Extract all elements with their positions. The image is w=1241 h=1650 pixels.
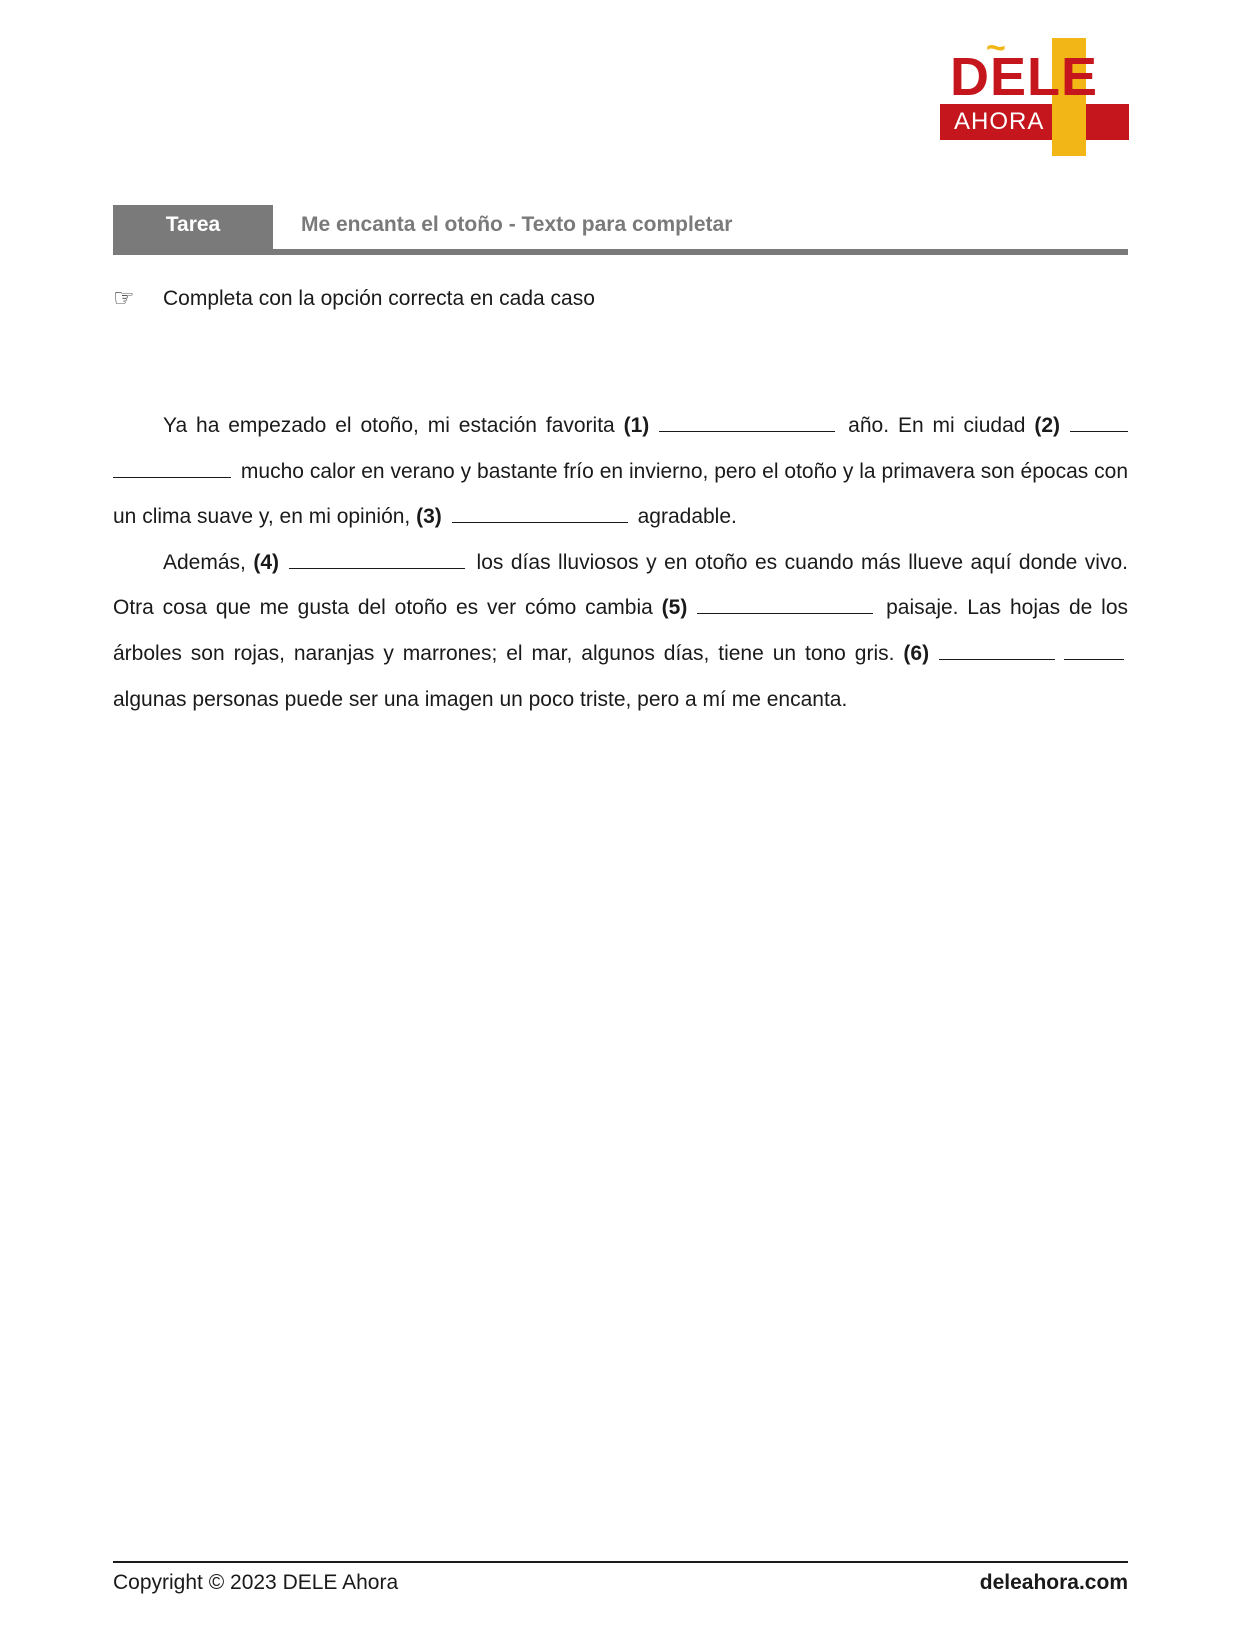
- text-span: algunas personas puede ser una imagen un…: [113, 688, 847, 711]
- copyright-text: Copyright © 2023 DELE Ahora: [113, 1568, 398, 1598]
- text-span: agradable.: [632, 505, 737, 528]
- blank-6-continued[interactable]: [1064, 641, 1124, 660]
- blank-5[interactable]: [697, 595, 873, 614]
- blank-6[interactable]: [939, 641, 1055, 660]
- blank-2[interactable]: [1070, 413, 1128, 432]
- paragraph-1: Ya ha empezado el otoño, mi estación fav…: [113, 403, 1128, 540]
- paragraph-2: Además, (4) los días lluviosos y en otoñ…: [113, 540, 1128, 722]
- blank-3[interactable]: [452, 504, 628, 523]
- text-span: año. En mi ciudad: [839, 414, 1034, 437]
- blank-1[interactable]: [659, 413, 835, 432]
- fill-in-passage: Ya ha empezado el otoño, mi estación fav…: [113, 403, 1128, 722]
- blank-4[interactable]: [289, 550, 465, 569]
- website-link[interactable]: deleahora.com: [980, 1568, 1128, 1598]
- logo-text-dele: DELE: [950, 50, 1098, 104]
- task-header: Tarea Me encanta el otoño - Texto para c…: [113, 205, 1128, 255]
- text-span: Ya ha empezado el otoño, mi estación fav…: [163, 414, 624, 437]
- text-span: Además,: [163, 551, 253, 574]
- task-label: Tarea: [113, 205, 273, 255]
- footer-divider: [113, 1561, 1128, 1563]
- instruction-text: Completa con la opción correcta en cada …: [163, 284, 595, 314]
- gap-number-6: (6): [903, 642, 929, 665]
- dele-ahora-logo: ~ DELE AHORA: [940, 36, 1129, 156]
- task-title: Me encanta el otoño - Texto para complet…: [301, 205, 732, 245]
- gap-number-5: (5): [662, 596, 688, 619]
- instruction: ☞ Completa con la opción correcta en cad…: [113, 284, 595, 314]
- pointing-hand-icon: ☞: [113, 284, 149, 314]
- header-divider: [113, 249, 1128, 255]
- logo-text-ahora: AHORA: [954, 107, 1044, 137]
- gap-number-1: (1): [624, 414, 650, 437]
- gap-number-3: (3): [416, 505, 442, 528]
- blank-2-continued[interactable]: [113, 459, 231, 478]
- gap-number-4: (4): [253, 551, 279, 574]
- gap-number-2: (2): [1034, 414, 1060, 437]
